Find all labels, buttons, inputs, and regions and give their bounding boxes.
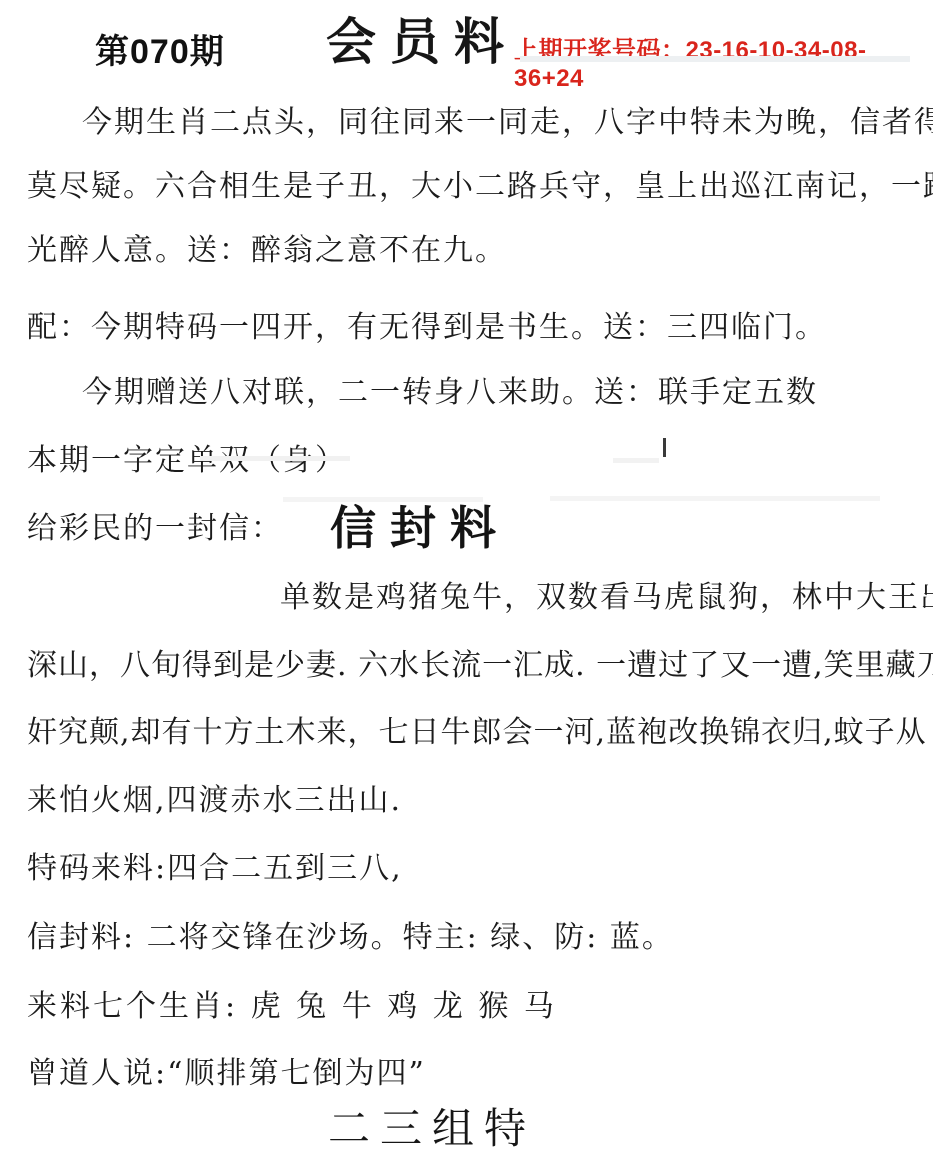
scan-artifact: [550, 496, 880, 501]
tip-line: 特码来料:四合二五到三八,: [27, 843, 403, 887]
issue-number: 第070期: [95, 24, 225, 73]
scanned-lottery-sheet: 第070期 会员料 上期开奖号码：23-16-10-34-08-36+24 今期…: [0, 0, 933, 1168]
verse-line: 来怕火烟,四渡赤水三出山.: [27, 775, 402, 819]
tip-line: 今期赠送八对联，二一转身八来助。送：联手定五数: [82, 367, 818, 411]
verse-line: 光醉人意。送：醉翁之意不在九。: [27, 225, 507, 269]
verse-line: 今期生肖二点头，同往同来一同走，八字中特未为晚，信者得求: [82, 97, 933, 141]
tip-line: 配：今期特码一四开，有无得到是书生。送：三四临门。: [27, 302, 827, 346]
letter-label: 给彩民的一封信：: [27, 503, 283, 547]
verse-line: 奸究颠,却有十方土木来，七日牛郎会一河,蓝袍改换锦衣归,蚊子从: [27, 707, 927, 751]
verse-line: 单数是鸡猪兔牛，双数看马虎鼠狗，林中大王出: [280, 572, 933, 616]
zodiac-line: 来料七个生肖: 虎 兔 牛 鸡 龙 猴 马: [27, 981, 557, 1025]
verse-line: 莫尽疑。六合相生是子丑，大小二路兵守，皇上出巡江南记，一路风: [27, 161, 933, 205]
scan-artifact: [613, 458, 659, 463]
quote-line: 曾道人说:“顺排第七倒为四”: [27, 1048, 426, 1092]
scan-artifact: [663, 438, 666, 457]
footer-section-title: 二三组特: [328, 1096, 536, 1156]
page-title: 会员料: [326, 2, 518, 74]
last-draw-numbers: 上期开奖号码：23-16-10-34-08-36+24: [514, 30, 933, 93]
verse-line: 深山，八旬得到是少妻. 六水长流一汇成. 一遭过了又一遭,笑里藏刀: [27, 640, 933, 684]
tip-line: 信封料: 二将交锋在沙场。特主: 绿、防: 蓝。: [27, 912, 674, 956]
tip-line: 本期一字定单双（身）: [27, 435, 347, 479]
letter-section-title: 信封料: [330, 492, 510, 558]
